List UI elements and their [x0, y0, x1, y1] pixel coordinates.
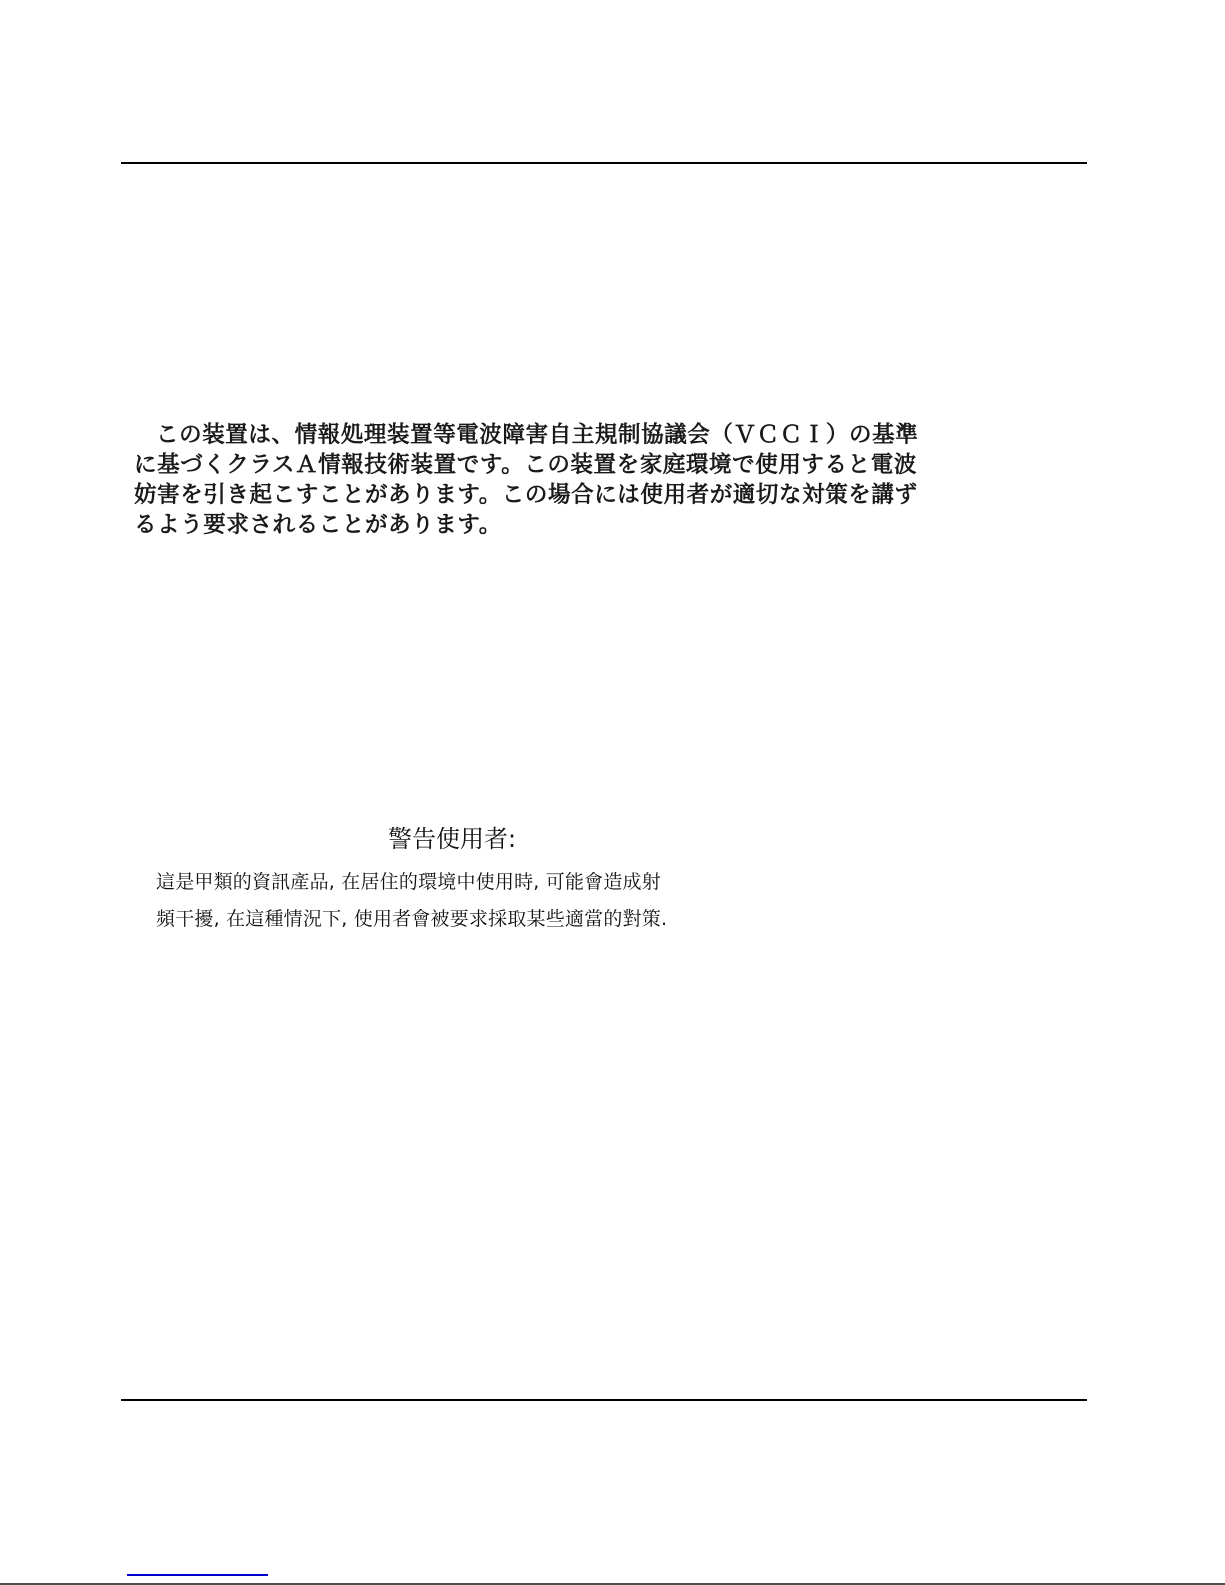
- bsmi-warning-line: 頻干擾, 在這種情況下, 使用者會被要求採取某些適當的對策.: [156, 907, 776, 932]
- vcci-notice-line: るよう要求されることがあります。: [134, 510, 934, 540]
- vcci-notice-line: 妨害を引き起こすことがあります。この場合には使用者が適切な対策を講ず: [134, 480, 934, 510]
- bsmi-warning-line: 這是甲類的資訊產品, 在居住的環境中使用時, 可能會造成射: [156, 870, 776, 895]
- header-rule: [121, 162, 1087, 164]
- vcci-notice-line: に基づくクラスＡ情報技術装置です。この装置を家庭環境で使用すると電波: [134, 450, 934, 480]
- bsmi-warning-body: 這是甲類的資訊產品, 在居住的環境中使用時, 可能會造成射 頻干擾, 在這種情況…: [156, 870, 776, 932]
- vcci-notice-line: この装置は、情報処理装置等電波障害自主規制協議会（ＶＣＣＩ）の基準: [134, 420, 934, 450]
- footer-link-underline[interactable]: [127, 1574, 268, 1576]
- bsmi-warning-title: 警告使用者:: [388, 824, 516, 854]
- footer-rule: [121, 1399, 1087, 1401]
- vcci-notice: この装置は、情報処理装置等電波障害自主規制協議会（ＶＣＣＩ）の基準 に基づくクラ…: [134, 420, 934, 540]
